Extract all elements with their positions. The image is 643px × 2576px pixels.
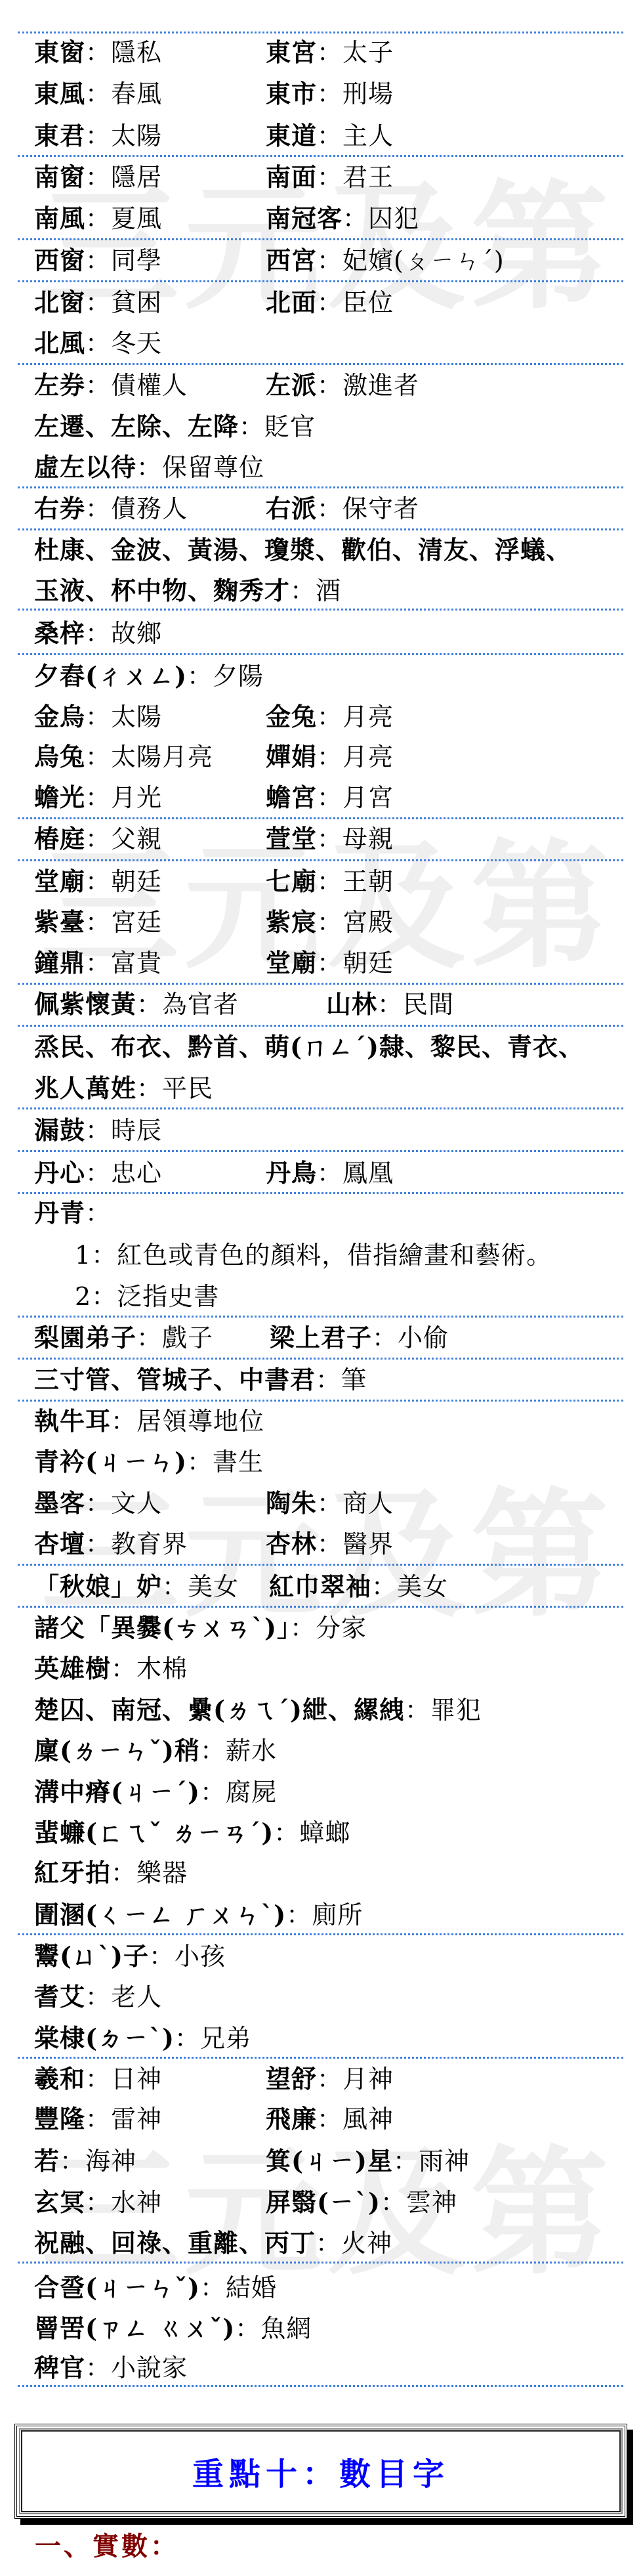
colon: ： <box>85 2353 111 2382</box>
colon: ： <box>85 38 111 67</box>
colon: ： <box>317 246 342 275</box>
entry-term: 玄冥 <box>34 2187 85 2217</box>
dotted-separator <box>18 859 623 861</box>
entry-term: 北風 <box>34 328 85 358</box>
entry-term: 桑梓 <box>34 618 85 648</box>
entry-term: 梁上君子 <box>270 1323 372 1352</box>
entry-definition: 魚網 <box>260 2314 312 2343</box>
vocabulary-entry: 七廟：王朝 <box>266 865 394 898</box>
entry-definition: 酒 <box>316 576 341 605</box>
colon: ： <box>85 79 111 108</box>
entry-definition: 書生 <box>213 1448 264 1476</box>
entry-definition: 平民 <box>162 1074 213 1103</box>
vocabulary-entry: 蟾宮：月宮 <box>266 781 394 814</box>
entry-definition: 春風 <box>111 79 162 108</box>
entry-definition: 水神 <box>111 2188 162 2217</box>
colon: ： <box>85 371 111 400</box>
vocabulary-entry: 溝中瘠(ㄐㄧˊ)：腐屍 <box>34 1776 277 1809</box>
colon: ： <box>274 1818 299 1847</box>
vocabulary-entry: 南面：君王 <box>266 161 394 194</box>
entry-definition: 太子 <box>342 38 394 67</box>
entry-definition: 美女 <box>397 1572 448 1601</box>
entry-definition: 王朝 <box>342 867 394 896</box>
colon: ： <box>85 121 111 150</box>
colon: ： <box>317 494 342 523</box>
subitem-number: 2 <box>75 1282 91 1311</box>
entry-term: 望舒 <box>266 2064 317 2093</box>
dotted-separator <box>18 2262 623 2264</box>
subheading-real-numbers: 一、實數： <box>35 2530 179 2563</box>
entry-term: 左遷、左除、左降 <box>34 412 239 441</box>
entry-term: 英雄樹 <box>34 1654 111 1683</box>
vocabulary-entry: 墨客：文人 <box>34 1487 162 1520</box>
entry-term: 蟾宮 <box>266 783 317 812</box>
entry-term: 陶朱 <box>266 1488 317 1518</box>
vocabulary-entry: 英雄樹：木棉 <box>34 1652 188 1685</box>
entry-term: 嬋娟 <box>266 742 317 771</box>
colon: ： <box>342 204 368 233</box>
entry-definition: 雨神 <box>419 2147 470 2176</box>
vocabulary-entry: 南冠客：囚犯 <box>266 202 419 235</box>
entry-definition: 冬天 <box>111 329 162 358</box>
dotted-separator <box>18 486 623 488</box>
entry-term: 玉液、杯中物、麴秀才 <box>34 576 290 605</box>
colon: ： <box>200 1736 226 1765</box>
vocabulary-entry: 金兔：月亮 <box>266 700 394 733</box>
entry-definition: 戲子 <box>162 1323 213 1352</box>
dotted-separator <box>18 1025 623 1027</box>
colon: ： <box>317 702 342 731</box>
dotted-separator <box>18 1107 623 1109</box>
colon: ： <box>187 662 213 691</box>
colon: ： <box>85 1983 111 2011</box>
entry-definition: 囚犯 <box>368 204 419 233</box>
vocabulary-entry: 罾罟(ㄗㄥ ㄍㄨˇ)：魚網 <box>34 2312 312 2345</box>
entry-definition: 文人 <box>111 1489 162 1518</box>
entry-definition: 雲神 <box>406 2188 457 2217</box>
vocabulary-entry: 東窗：隱私 <box>34 36 162 69</box>
entry-definition: 保留尊位 <box>162 453 264 482</box>
entry-term: 堂廟 <box>34 867 85 896</box>
entry-term: 祝融、回祿、重離、丙丁 <box>34 2228 316 2258</box>
entry-term: 圊溷(ㄑㄧㄥ ㄏㄨㄣˋ) <box>34 1900 286 1929</box>
colon: ： <box>85 908 111 937</box>
dotted-separator <box>18 155 623 157</box>
dotted-separator <box>18 983 623 985</box>
colon: ： <box>136 453 162 482</box>
colon: ： <box>372 1323 398 1352</box>
colon: ： <box>286 1900 312 1929</box>
vocabulary-entry: 北面：臣位 <box>266 286 394 319</box>
colon: ： <box>235 2314 260 2343</box>
entry-definition: 月宮 <box>342 783 394 812</box>
entry-definition: 太陽 <box>111 121 162 150</box>
dotted-separator <box>18 1400 623 1402</box>
vocabulary-entry: 東道：主人 <box>266 119 394 152</box>
entry-term: 丹心 <box>34 1158 85 1188</box>
vocabulary-entry: 若：海神 <box>34 2145 136 2178</box>
entry-definition: 主人 <box>342 121 394 150</box>
entry-definition: 富貴 <box>111 949 162 977</box>
entry-term: 萱堂 <box>266 824 317 853</box>
colon: ： <box>317 163 342 192</box>
entry-definition: 木棉 <box>136 1654 188 1683</box>
colon: ： <box>317 38 342 67</box>
entry-definition: 朝廷 <box>111 867 162 896</box>
dotted-separator <box>18 2385 623 2387</box>
colon: ： <box>85 825 111 853</box>
entry-definition: 紅色或青色的顏料，借指繪畫和藝術。 <box>117 1241 552 1270</box>
entry-definition: 母親 <box>342 825 394 853</box>
colon: ： <box>149 1942 175 1971</box>
entry-definition: 風神 <box>342 2105 394 2134</box>
vocabulary-entry: 左券：債權人 <box>34 369 188 402</box>
vocabulary-entry: 左派：激進者 <box>266 369 419 402</box>
entry-definition: 夏風 <box>111 204 162 233</box>
entry-term: 蟾光 <box>34 783 85 812</box>
vocabulary-entry: 西窗：同學 <box>34 244 162 277</box>
colon: ： <box>371 1572 397 1601</box>
vocabulary-entry: 玉液、杯中物、麴秀才：酒 <box>34 574 341 607</box>
entry-term: 鐘鼎 <box>34 948 85 977</box>
entry-definition: 宮殿 <box>342 908 394 937</box>
vocabulary-entry: 紅牙拍：樂器 <box>34 1857 188 1889</box>
vocabulary-entry: 南窗：隱居 <box>34 161 162 194</box>
colon: ： <box>162 1572 188 1601</box>
vocabulary-entry: 兆人萬姓：平民 <box>34 1072 213 1105</box>
entry-term: 漏鼓 <box>34 1115 85 1145</box>
watermark-char: 第 <box>469 2141 610 2286</box>
colon: ： <box>377 990 403 1019</box>
colon: ： <box>317 2105 342 2134</box>
entry-definition: 樂器 <box>136 1858 188 1887</box>
vocabulary-entry: 「秋娘」妒：美女 <box>34 1570 239 1603</box>
vocabulary-entry: 玄冥：水神 <box>34 2186 162 2219</box>
colon: ： <box>317 121 342 150</box>
entry-term: 西窗 <box>34 246 85 275</box>
entry-definition: 臣位 <box>342 288 394 317</box>
colon: ： <box>317 288 342 317</box>
vocabulary-entry: 蜚蠊(ㄈㄟˇ ㄌㄧㄢˊ)：蟑螂 <box>34 1816 350 1849</box>
colon: ： <box>136 1074 162 1103</box>
vocabulary-entry: 梨園弟子：戲子 <box>34 1321 213 1354</box>
colon: ： <box>239 412 264 441</box>
entry-term: 右券 <box>34 494 85 523</box>
entry-term: 稗官 <box>34 2353 85 2382</box>
entry-definition: 罪犯 <box>430 1696 482 1725</box>
colon: ： <box>290 576 316 605</box>
entry-term: 「秋娘」妒 <box>34 1572 162 1601</box>
dotted-separator <box>18 528 623 530</box>
vocabulary-entry: 漏鼓：時辰 <box>34 1114 162 1147</box>
entry-definition: 妃嬪(ㄆㄧㄣˊ) <box>342 246 505 275</box>
entry-term: 梨園弟子 <box>34 1323 136 1352</box>
vocabulary-entry: 嬋娟：月亮 <box>266 741 394 773</box>
watermark-char: 第 <box>469 835 610 979</box>
dotted-separator <box>18 2057 623 2059</box>
entry-definition: 結婚 <box>226 2273 277 2302</box>
vocabulary-entry: 虛左以待：保留尊位 <box>34 451 264 484</box>
vocabulary-entry: 烝民、布衣、黔首、萌(ㄇㄥˊ)隸、黎民、青衣、 <box>34 1031 584 1063</box>
vocabulary-entry: 陶朱：商人 <box>266 1487 394 1520</box>
definition-subitem: 2：泛指史書 <box>75 1280 219 1313</box>
vocabulary-entry: 楚囚、南冠、纍(ㄌㄟˊ)紲、縲絏：罪犯 <box>34 1694 482 1727</box>
entry-definition: 朝廷 <box>342 949 394 977</box>
entry-definition: 廁所 <box>312 1900 363 1929</box>
entry-term: 東道 <box>266 121 317 150</box>
entry-definition: 忠心 <box>111 1159 162 1188</box>
entry-definition: 鳳凰 <box>342 1159 394 1188</box>
vocabulary-entry: 杏壇：教育界 <box>34 1528 188 1560</box>
vocabulary-entry: 丹鳥：鳳凰 <box>266 1157 394 1190</box>
entry-definition: 分家 <box>316 1614 367 1642</box>
vocabulary-entry: 萱堂：母親 <box>266 823 394 855</box>
colon: ： <box>317 1489 342 1518</box>
colon: ： <box>317 867 342 896</box>
entry-term: 右派 <box>266 494 317 523</box>
entry-definition: 時辰 <box>111 1116 162 1145</box>
vocabulary-entry: 耆艾：老人 <box>34 1981 162 2013</box>
entry-definition: 腐屍 <box>226 1778 277 1807</box>
entry-term: 夕舂(ㄔㄨㄥ) <box>34 661 187 691</box>
dotted-separator <box>18 653 623 655</box>
entry-term: 左派 <box>266 370 317 400</box>
entry-definition: 商人 <box>342 1489 394 1518</box>
entry-definition: 小孩 <box>175 1942 226 1971</box>
entry-term: 左券 <box>34 370 85 400</box>
entry-term: 杜康、金波、黃湯、瓊漿、歡伯、清友、浮蟻、 <box>34 535 571 565</box>
vocabulary-entry: 北風：冬天 <box>34 327 162 360</box>
vocabulary-entry: 桑梓：故鄉 <box>34 617 162 650</box>
entry-term: 西宮 <box>266 246 317 275</box>
colon: ： <box>85 1530 111 1558</box>
vocabulary-entry: 紫宸：宮殿 <box>266 906 394 939</box>
vocabulary-entry: 東宮：太子 <box>266 36 394 69</box>
entry-term: 杏林 <box>266 1529 317 1558</box>
colon: ： <box>85 329 111 358</box>
entry-term: 棠棣(ㄉㄧˋ) <box>34 2023 175 2053</box>
colon: ： <box>316 1365 341 1394</box>
section-title: 重點十：數目字 <box>192 2449 449 2494</box>
vocabulary-entry: 三寸管、管城子、中書君：筆 <box>34 1363 367 1396</box>
entry-term: 杏壇 <box>34 1529 85 1558</box>
dotted-separator <box>18 1358 623 1360</box>
entry-definition: 月亮 <box>342 702 394 731</box>
vocabulary-entry: 廩(ㄌㄧㄣˇ)稍：薪水 <box>34 1734 277 1767</box>
entry-term: 楚囚、南冠、纍(ㄌㄟˊ)紲、縲絏 <box>34 1695 405 1725</box>
vocabulary-entry: 諸父「異爨(ㄘㄨㄢˋ)」：分家 <box>34 1612 367 1644</box>
vocabulary-entry: 東君：太陽 <box>34 119 162 152</box>
entry-definition: 火神 <box>341 2229 392 2258</box>
colon: ： <box>85 1159 111 1188</box>
entry-definition: 小偷 <box>398 1323 449 1352</box>
vocabulary-entry: 左遷、左除、左降：貶官 <box>34 410 316 443</box>
vocabulary-entry: 圊溷(ㄑㄧㄥ ㄏㄨㄣˋ)：廁所 <box>34 1899 363 1931</box>
entry-definition: 美女 <box>188 1572 239 1601</box>
entry-term: 東宮 <box>266 37 317 67</box>
entry-term: 北面 <box>266 288 317 317</box>
vocabulary-entry: 屏翳(ㄧˋ)：雲神 <box>266 2186 457 2219</box>
entry-term: 堂廟 <box>266 948 317 977</box>
entry-term: 青衿(ㄐㄧㄣ) <box>34 1447 187 1476</box>
entry-term: 三寸管、管城子、中書君 <box>34 1365 316 1394</box>
entry-term: 北窗 <box>34 288 85 317</box>
entry-definition: 醫界 <box>342 1530 394 1558</box>
colon: ： <box>290 1614 316 1642</box>
entry-definition: 薪水 <box>226 1736 277 1765</box>
vocabulary-entry: 紫臺：宮廷 <box>34 906 162 939</box>
entry-term: 墨客 <box>34 1488 85 1518</box>
entry-definition: 民間 <box>403 990 454 1019</box>
entry-term: 南窗 <box>34 162 85 192</box>
entry-term: 飛廉 <box>266 2104 317 2134</box>
colon: ： <box>85 204 111 233</box>
entry-definition: 月神 <box>342 2065 394 2093</box>
colon: ： <box>85 1489 111 1518</box>
colon: ： <box>317 371 342 400</box>
dotted-separator <box>18 32 623 33</box>
definition-subitem: 1：紅色或青色的顏料，借指繪畫和藝術。 <box>75 1239 552 1272</box>
entry-definition: 保守者 <box>342 494 419 523</box>
vocabulary-entry: 丹青： <box>34 1197 111 1230</box>
vocabulary-entry: 東市：刑場 <box>266 77 394 110</box>
vocabulary-entry: 執牛耳：居領導地位 <box>34 1405 264 1438</box>
entry-definition: 筆 <box>341 1365 367 1394</box>
entry-definition: 刑場 <box>342 79 394 108</box>
entry-term: 紅巾翠袖 <box>269 1572 371 1601</box>
dotted-separator <box>18 1606 623 1608</box>
entry-term: 東市 <box>266 79 317 108</box>
colon: ： <box>85 2188 111 2217</box>
colon: ： <box>111 1407 136 1436</box>
entry-definition: 隱居 <box>111 163 162 192</box>
colon: ： <box>111 1654 136 1683</box>
vocabulary-entry: 西宮：妃嬪(ㄆㄧㄣˊ) <box>266 244 505 277</box>
colon: ： <box>85 619 111 648</box>
entry-definition: 兄弟 <box>200 2024 251 2053</box>
entry-term: 東君 <box>34 121 85 150</box>
vocabulary-entry: 堂廟：朝廷 <box>34 865 162 898</box>
entry-term: 東風 <box>34 79 85 108</box>
colon: ： <box>317 742 342 771</box>
colon: ： <box>175 2024 200 2053</box>
entry-term: 山林 <box>326 989 377 1019</box>
vocabulary-entry: 夕舂(ㄔㄨㄥ)：夕陽 <box>34 660 264 693</box>
colon: ： <box>85 1199 111 1228</box>
entry-definition: 貶官 <box>264 412 316 441</box>
colon: ： <box>85 246 111 275</box>
colon: ： <box>136 1323 162 1352</box>
entry-definition: 老人 <box>111 1983 162 2011</box>
colon: ： <box>85 783 111 812</box>
colon: ： <box>317 783 342 812</box>
colon: ： <box>85 2105 111 2134</box>
entry-term: 金烏 <box>34 702 85 731</box>
subitem-number: 1 <box>75 1241 91 1270</box>
colon: ： <box>85 494 111 523</box>
entry-term: 羲和 <box>34 2064 85 2093</box>
entry-definition: 太陽月亮 <box>111 742 213 771</box>
colon: ： <box>91 1241 117 1270</box>
dotted-separator <box>18 238 623 240</box>
entry-term: 蜚蠊(ㄈㄟˇ ㄌㄧㄢˊ) <box>34 1818 274 1847</box>
vocabulary-entry: 鬻(ㄩˋ)子：小孩 <box>34 1940 226 1973</box>
entry-term: 東窗 <box>34 37 85 67</box>
entry-term: 箕(ㄐㄧ)星 <box>266 2146 393 2176</box>
entry-definition: 月亮 <box>342 742 394 771</box>
vocabulary-entry: 右派：保守者 <box>266 492 419 525</box>
vocabulary-entry: 豐隆：雷神 <box>34 2103 162 2136</box>
entry-definition: 蟑螂 <box>299 1818 350 1847</box>
entry-definition: 雷神 <box>111 2105 162 2134</box>
vocabulary-entry: 北窗：貧困 <box>34 286 162 319</box>
colon: ： <box>85 2065 111 2093</box>
colon: ： <box>317 79 342 108</box>
entry-definition: 日神 <box>111 2065 162 2093</box>
colon: ： <box>317 1530 342 1558</box>
vocabulary-entry: 青衿(ㄐㄧㄣ)：書生 <box>34 1446 264 1478</box>
vocabulary-entry: 鐘鼎：富貴 <box>34 947 162 979</box>
entry-term: 耆艾 <box>34 1982 85 2011</box>
vocabulary-entry: 梁上君子：小偷 <box>270 1321 449 1354</box>
section-title-box: 重點十：數目字 <box>14 2424 627 2519</box>
colon: ： <box>381 2188 406 2217</box>
colon: ： <box>85 702 111 731</box>
vocabulary-entry: 山林：民間 <box>326 988 454 1021</box>
entry-term: 紅牙拍 <box>34 1858 111 1887</box>
entry-definition: 債務人 <box>111 494 188 523</box>
entry-term: 若 <box>34 2146 60 2176</box>
colon: ： <box>111 1858 136 1887</box>
dotted-separator <box>18 280 623 282</box>
entry-definition: 宮廷 <box>111 908 162 937</box>
vocabulary-entry: 烏兔：太陽月亮 <box>34 741 213 773</box>
entry-definition: 債權人 <box>111 371 188 400</box>
entry-definition: 故鄉 <box>111 619 162 648</box>
entry-term: 罾罟(ㄗㄥ ㄍㄨˇ) <box>34 2313 235 2343</box>
entry-term: 廩(ㄌㄧㄣˇ)稍 <box>34 1736 200 1765</box>
entry-definition: 同學 <box>111 246 162 275</box>
entry-term: 丹鳥 <box>266 1158 317 1188</box>
entry-term: 金兔 <box>266 702 317 731</box>
entry-term: 烝民、布衣、黔首、萌(ㄇㄥˊ)隸、黎民、青衣、 <box>34 1032 584 1062</box>
colon: ： <box>393 2147 419 2176</box>
entry-definition: 泛指史書 <box>117 1282 219 1311</box>
colon: ： <box>85 288 111 317</box>
colon: ： <box>91 1282 117 1311</box>
entry-term: 執牛耳 <box>34 1406 111 1436</box>
vocabulary-entry: 紅巾翠袖：美女 <box>269 1570 448 1603</box>
dotted-separator <box>18 817 623 819</box>
vocabulary-entry: 佩紫懷黃：為官者 <box>34 988 239 1021</box>
vocabulary-entry: 椿庭：父親 <box>34 823 162 855</box>
entry-term: 虛左以待 <box>34 452 136 482</box>
vocabulary-entry: 杏林：醫界 <box>266 1528 394 1560</box>
entry-term: 南面 <box>266 162 317 192</box>
colon: ： <box>316 2229 341 2258</box>
entry-definition: 隱私 <box>111 38 162 67</box>
entry-definition: 海神 <box>85 2147 136 2176</box>
vocabulary-entry: 飛廉：風神 <box>266 2103 394 2136</box>
colon: ： <box>85 742 111 771</box>
entry-term: 兆人萬姓 <box>34 1073 136 1103</box>
entry-definition: 教育界 <box>111 1530 188 1558</box>
entry-definition: 月光 <box>111 783 162 812</box>
colon: ： <box>60 2147 85 2176</box>
entry-term: 諸父「異爨(ㄘㄨㄢˋ)」 <box>34 1613 290 1642</box>
entry-term: 屏翳(ㄧˋ) <box>266 2187 381 2217</box>
colon: ： <box>317 908 342 937</box>
